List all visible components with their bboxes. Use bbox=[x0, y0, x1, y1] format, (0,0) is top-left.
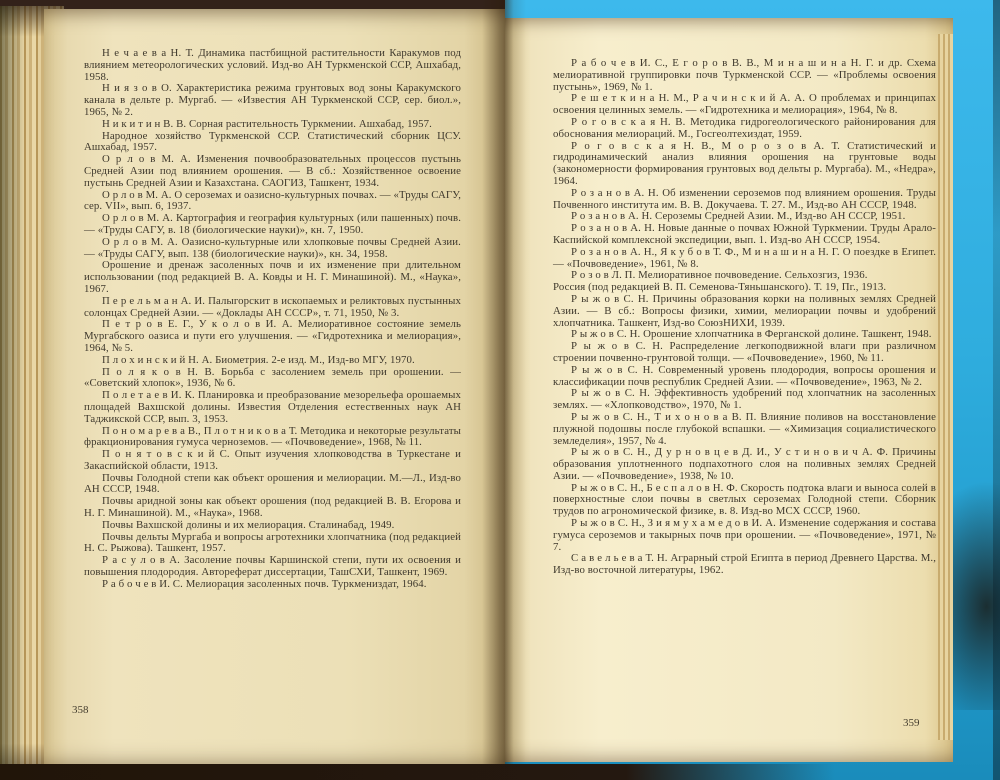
book-spread-photo: Н е ч а е в а Н. Т. Динамика пастбищной … bbox=[0, 0, 1000, 780]
bibliography-entry: Почвы Голодной степи как объект орошения… bbox=[84, 473, 461, 497]
bibliography-entry: Р а б о ч е в И. С. Мелиорация засоленны… bbox=[84, 579, 461, 591]
bibliography-entry: Почвы Вахшской долины и их мелиорация. С… bbox=[84, 520, 461, 532]
bibliography-entry: Р о г о в с к а я Н. В. Методика гидроге… bbox=[553, 117, 936, 141]
bibliography-entry: О р л о в М. А. Картография и география … bbox=[84, 213, 461, 237]
bibliography-entry: Н и к и т и н В. В. Сорная растительност… bbox=[84, 119, 461, 131]
bibliography-entry: Р ы ж о в С. Н., Т и х о н о в а В. П. В… bbox=[553, 412, 936, 447]
bibliography-entry: Н е ч а е в а Н. Т. Динамика пастбищной … bbox=[84, 48, 461, 83]
bibliography-entry: П о н я т о в с к и й С. Опыт изучения х… bbox=[84, 449, 461, 473]
bibliography-entry: Р ы ж о в С. Н. Эффективность удобрений … bbox=[553, 388, 936, 412]
right-leaf-edges bbox=[938, 34, 953, 740]
bibliography-entry: С а в е л ь е в а Т. Н. Аграрный строй Е… bbox=[553, 553, 936, 577]
bibliography-entry: Р о з а н о в А. Н., Я к у б о в Т. Ф., … bbox=[553, 247, 936, 271]
cover-right-edge bbox=[993, 0, 1000, 780]
bibliography-entry: Р о з а н о в А. Н. Об изменении серозем… bbox=[553, 188, 936, 212]
bibliography-entry: Р о з а н о в А. Н. Новые данные о почва… bbox=[553, 223, 936, 247]
bottom-table-shadow bbox=[0, 764, 835, 780]
bibliography-column-left: Н е ч а е в а Н. Т. Динамика пастбищной … bbox=[84, 48, 461, 591]
bibliography-entry: О р л о в М. А. Оазисно-культурные или х… bbox=[84, 237, 461, 261]
bibliography-entry: Р ы ж о в С. Н., Б е с п а л о в Н. Ф. С… bbox=[553, 483, 936, 518]
bibliography-entry: Р ы ж о в С. Н. Современный уровень плод… bbox=[553, 365, 936, 389]
bibliography-entry: Р е ш е т к и н а Н. М., Р а ч и н с к и… bbox=[553, 93, 936, 117]
bibliography-entry: Р ы ж о в С. Н., З и я м у х а м е д о в… bbox=[553, 518, 936, 553]
bibliography-entry: О р л о в М. А. О сероземах и оазисно-ку… bbox=[84, 190, 461, 214]
bibliography-entry: П о л е т а е в И. К. Планировка и преоб… bbox=[84, 390, 461, 425]
bibliography-entry: Н и я з о в О. Характеристика режима гру… bbox=[84, 83, 461, 118]
bibliography-entry: Р а с у л о в А. Засоление почвы Каршинс… bbox=[84, 555, 461, 579]
bibliography-entry: Почвы аридной зоны как объект орошения (… bbox=[84, 496, 461, 520]
bibliography-entry: Р ы ж о в С. Н., Д у р н о в ц е в Д. И.… bbox=[553, 447, 936, 482]
page-number-right: 359 bbox=[903, 717, 920, 729]
bibliography-entry: П о л я к о в Н. В. Борьба с засолением … bbox=[84, 367, 461, 391]
bibliography-column-right: Р а б о ч е в И. С., Е г о р о в В. В., … bbox=[553, 58, 936, 577]
bibliography-entry: Орошение и дренаж засоленных почв и их и… bbox=[84, 260, 461, 295]
bibliography-entry: П о н о м а р е в а В., П л о т н и к о … bbox=[84, 426, 461, 450]
bibliography-entry: О р л о в М. А. Изменения почвообразоват… bbox=[84, 154, 461, 189]
bibliography-entry: Народное хозяйство Туркменской ССР. Стат… bbox=[84, 131, 461, 155]
gutter-shadow bbox=[482, 0, 526, 780]
bibliography-entry: Р ы ж о в С. Н. Распределение легкоподви… bbox=[553, 341, 936, 365]
bibliography-entry: П е р е л ь м а н А. И. Палыгорскит в ис… bbox=[84, 296, 461, 320]
bibliography-entry: Почвы дельты Мургаба и вопросы агротехни… bbox=[84, 532, 461, 556]
bibliography-entry: П е т р о в Е. Г., У к о л о в И. А. Мел… bbox=[84, 319, 461, 354]
bibliography-entry: Р ы ж о в С. Н. Причины образования корк… bbox=[553, 294, 936, 329]
page-number-left: 358 bbox=[72, 704, 89, 716]
bibliography-entry: Р о г о в с к а я Н. В., М о р о з о в А… bbox=[553, 141, 936, 188]
bibliography-entry: Р а б о ч е в И. С., Е г о р о в В. В., … bbox=[553, 58, 936, 93]
bibliography-entry: П л о х и н с к и й Н. А. Биометрия. 2-е… bbox=[84, 355, 461, 367]
